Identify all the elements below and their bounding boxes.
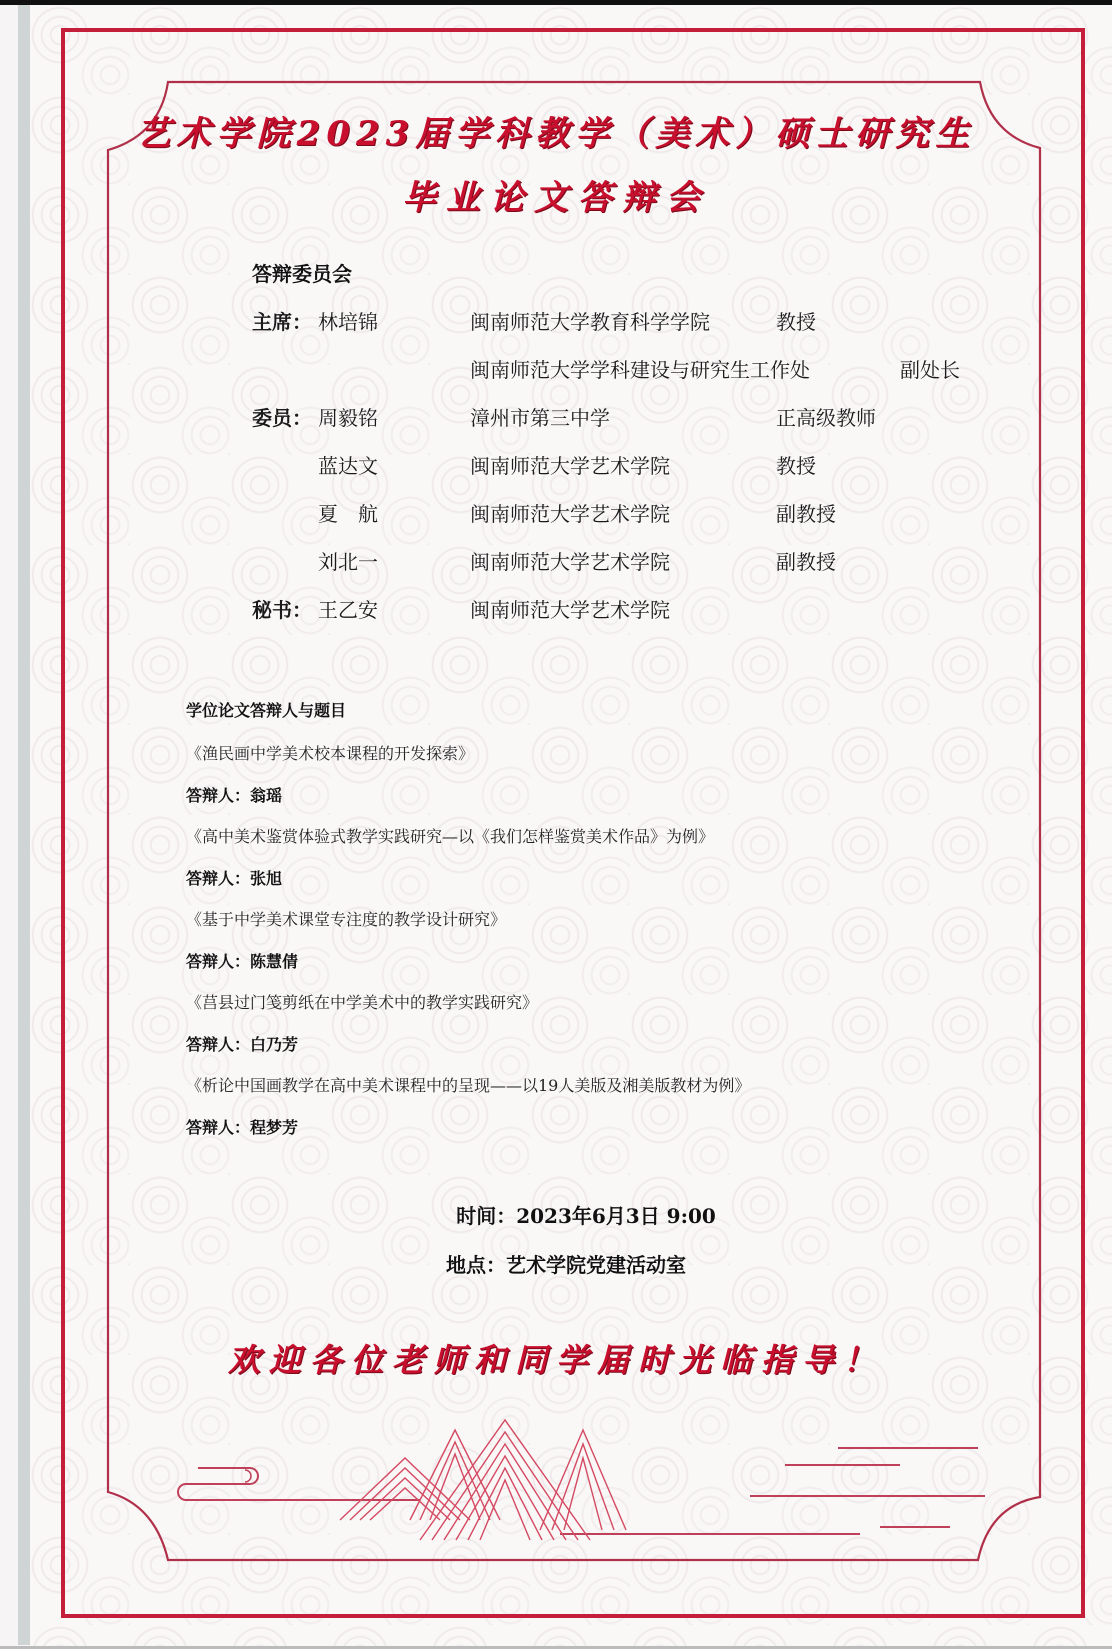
thesis-title: 《高中美术鉴赏体验式教学实践研究—以《我们怎样鉴赏美术作品》为例》 [186, 824, 714, 847]
member-name: 夏 航 [318, 498, 378, 527]
thesis-defender: 答辩人：白乃芳 [186, 1032, 298, 1055]
member-org: 闽南师范大学艺术学院 [470, 546, 670, 575]
thesis-title: 《莒县过门笺剪纸在中学美术中的教学实践研究》 [186, 990, 538, 1013]
member-name: 林培锦 [318, 306, 378, 335]
member-title: 正高级教师 [776, 402, 876, 431]
member-org: 闽南师范大学艺术学院 [470, 498, 670, 527]
thesis-title: 《析论中国画教学在高中美术课程中的呈现——以19人美版及湘美版教材为例》 [186, 1073, 750, 1096]
member-name: 王乙安 [318, 594, 378, 623]
thesis-defender: 答辩人：程梦芳 [186, 1115, 298, 1138]
member-name: 蓝达文 [318, 450, 378, 479]
member-title: 副处长 [900, 354, 960, 383]
member-title: 副教授 [776, 498, 836, 527]
committee-heading: 答辩委员会 [252, 258, 352, 287]
member-title: 副教授 [776, 546, 836, 575]
member-org: 闽南师范大学学科建设与研究生工作处 [470, 354, 810, 383]
theses-heading: 学位论文答辩人与题目 [186, 698, 346, 721]
thesis-defender: 答辩人：张旭 [186, 866, 282, 889]
member-title: 教授 [776, 450, 816, 479]
thesis-defender: 答辩人：翁瑶 [186, 783, 282, 806]
member-name: 周毅铭 [318, 402, 378, 431]
thesis-title: 《渔民画中学美术校本课程的开发探索》 [186, 741, 474, 764]
event-time: 时间：2023年6月3日 9:00 [0, 1200, 1112, 1229]
welcome-message: 欢迎各位老师和同学届时光临指导！ [0, 1335, 1112, 1381]
thesis-title: 《基于中学美术课堂专注度的教学设计研究》 [186, 907, 506, 930]
event-location: 地点：艺术学院党建活动室 [0, 1249, 1112, 1278]
member-role: 主席： [252, 306, 312, 335]
member-org: 漳州市第三中学 [470, 402, 610, 431]
member-role: 委员： [252, 402, 312, 431]
member-name: 刘北一 [318, 546, 378, 575]
poster-title-line2: 毕业论文答辩会 [0, 170, 1112, 219]
member-org: 闽南师范大学教育科学学院 [470, 306, 710, 335]
mountain-ornament [340, 1420, 626, 1540]
member-role: 秘书： [252, 594, 312, 623]
member-org: 闽南师范大学艺术学院 [470, 594, 670, 623]
poster-title-line1: 艺术学院2023届学科教学（美术）硕士研究生 [0, 106, 1112, 155]
member-org: 闽南师范大学艺术学院 [470, 450, 670, 479]
thesis-defender: 答辩人：陈慧倩 [186, 949, 298, 972]
member-title: 教授 [776, 306, 816, 335]
